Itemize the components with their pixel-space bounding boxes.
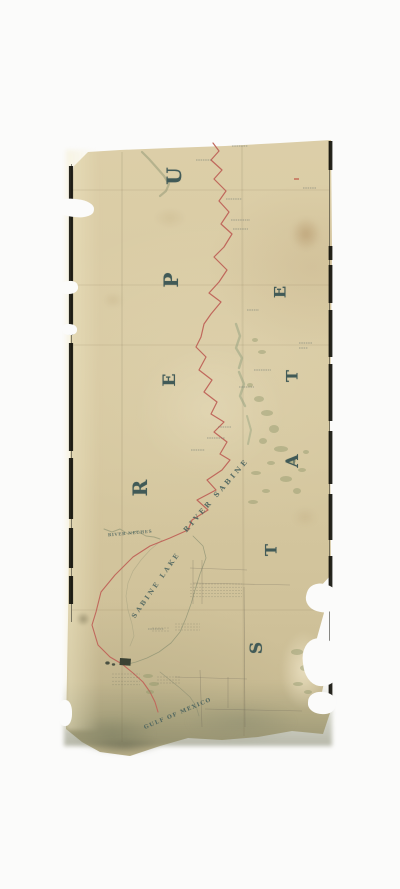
- scanned-map-image: UPERETATSRIVER SABINESABINE LAKEGULF OF …: [0, 0, 400, 889]
- paper-sheet: [0, 0, 400, 889]
